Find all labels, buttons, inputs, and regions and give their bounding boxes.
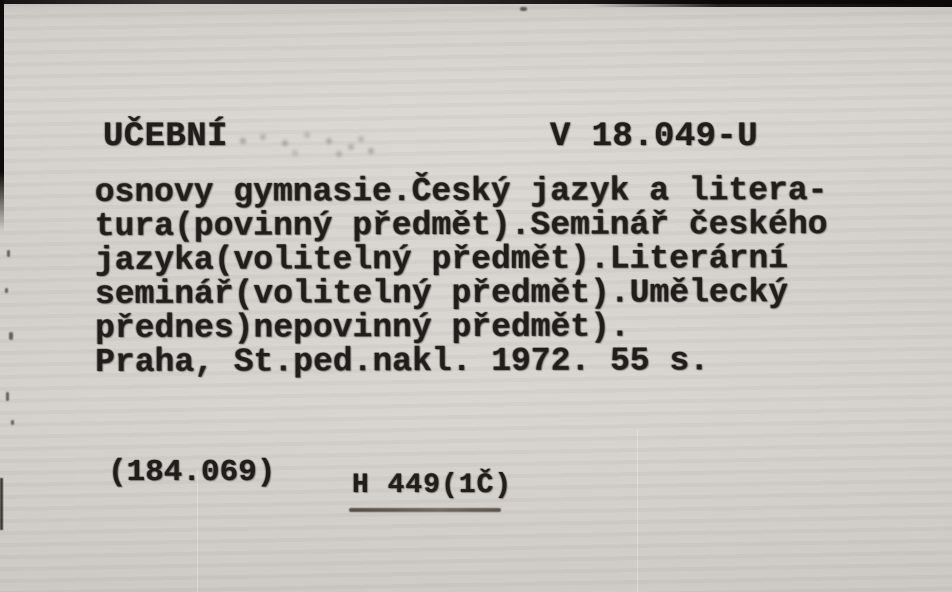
body-line: Praha, St.ped.nakl. 1972. 55 s. — [95, 345, 828, 381]
card-heading: UČEBNÍ — [103, 120, 228, 154]
body-line: seminář(volitelný předmět).Umělecký — [95, 277, 828, 313]
erased-text-smudge — [240, 128, 390, 160]
call-number: V 18.049-U — [550, 120, 758, 154]
shelf-mark-underline — [349, 508, 501, 512]
card-body: osnovy gymnasie.Český jazyk a litera- tu… — [95, 175, 828, 381]
dust-speck — [9, 332, 13, 340]
film-edge-left-lower — [0, 478, 3, 530]
film-edge-top-right — [590, 0, 952, 7]
classification-number: (184.069) — [108, 456, 275, 490]
dust-speck — [7, 250, 10, 257]
dust-speck — [6, 392, 9, 401]
shelf-mark: H 449(1Č) — [352, 470, 512, 502]
paper-crease — [637, 430, 638, 592]
film-edge-left — [0, 0, 4, 232]
dust-speck — [5, 288, 8, 293]
dust-speck — [11, 420, 14, 425]
body-line: přednes)nepovinný předmět). — [95, 311, 828, 347]
dust-speck — [520, 7, 527, 11]
scanned-catalog-card: UČEBNÍ V 18.049-U osnovy gymnasie.Český … — [0, 0, 952, 592]
